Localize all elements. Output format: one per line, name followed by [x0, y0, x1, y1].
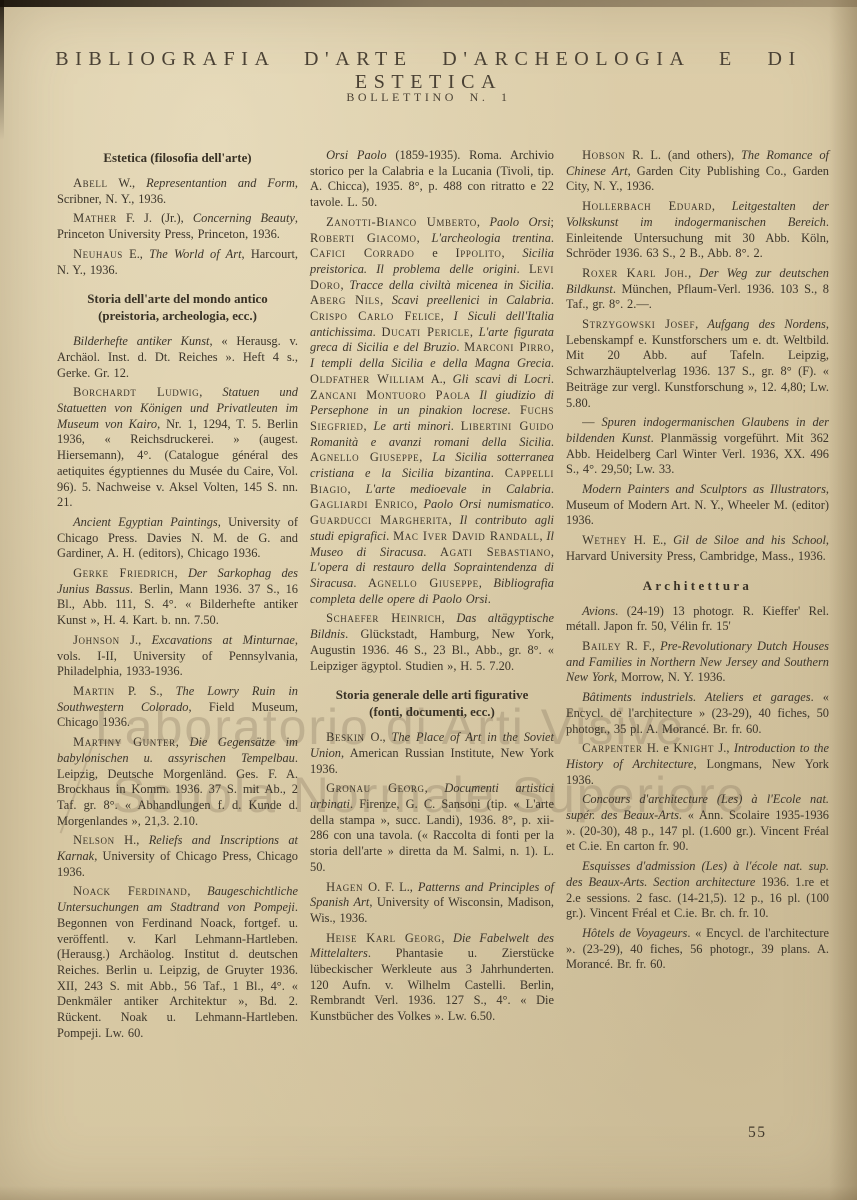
bib-entry: Beskin O., The Place of Art in the Sovie… [310, 730, 554, 777]
bib-entry: Hobson R. L. (and others), The Romance o… [566, 148, 829, 195]
bib-entry: Zanotti-Bianco Umberto, Paolo Orsi; Robe… [310, 215, 554, 608]
scan-edge-bottom [0, 1186, 857, 1200]
bib-entry: Avions. (24-19) 13 photogr. R. Kieffer' … [566, 604, 829, 635]
bib-entry: Gronau Georg, Documenti artistici urbina… [310, 781, 554, 875]
bib-entry: Mather F. J. (Jr.), Concerning Beauty, P… [57, 211, 298, 242]
bib-entry: Bilderhefte antiker Kunst, « Herausg. v.… [57, 334, 298, 381]
bib-entry: Hollerbach Eduard, Leitgestalten der Vol… [566, 199, 829, 262]
bib-entry: Abell W., Representantion and Form, Scri… [57, 176, 298, 207]
bib-entry: Esquisses d'admission (Les) à l'école na… [566, 859, 829, 922]
section-heading: Architettura [566, 578, 829, 595]
bib-entry: Concours d'architecture (Les) à l'Ecole … [566, 792, 829, 855]
text-column: Hobson R. L. (and others), The Romance o… [566, 148, 829, 1045]
bib-entry: Borchardt Ludwig, Statuen und Statuetten… [57, 385, 298, 511]
bib-entry: Carpenter H. e Knight J., Introduction t… [566, 741, 829, 788]
bib-entry: Strzygowski Josef, Aufgang des Nordens, … [566, 317, 829, 411]
scanned-bibliography-page: Laboratorio di Arti Visive Scuola Normal… [0, 0, 857, 1200]
bib-entry: Bailey R. F., Pre-Revolutionary Dutch Ho… [566, 639, 829, 686]
text-column: Orsi Paolo (1859-1935). Roma. Archivio s… [310, 148, 554, 1045]
bib-entry: Martin P. S., The Lowry Ruin in Southwes… [57, 684, 298, 731]
bib-entry: Heise Karl Georg, Die Fabelwelt des Mitt… [310, 931, 554, 1025]
bulletin-subtitle: BOLLETTINO N. 1 [0, 90, 857, 105]
scan-edge-right [829, 0, 857, 1200]
bib-entry: Neuhaus E., The World of Art, Harcourt, … [57, 247, 298, 278]
bib-entry: Ancient Egyptian Paintings, University o… [57, 515, 298, 562]
bib-entry: Modern Painters and Sculptors as Illustr… [566, 482, 829, 529]
text-column: Estetica (filosofia dell'arte)Abell W., … [57, 148, 298, 1045]
bib-entry: Nelson H., Reliefs and Inscriptions at K… [57, 833, 298, 880]
page-title: BIBLIOGRAFIA D'ARTE D'ARCHEOLOGIA E DI E… [0, 48, 857, 94]
bib-entry: Johnson J., Excavations at Minturnae, vo… [57, 633, 298, 680]
bib-entry: Roxer Karl Joh., Der Weg zur deutschen B… [566, 266, 829, 313]
bib-entry: Martiny Gunter, Die Gegensätze im babylo… [57, 735, 298, 829]
columns: Estetica (filosofia dell'arte)Abell W., … [57, 148, 829, 1045]
bib-entry: — Spuren indogermanischen Glaubens in de… [566, 415, 829, 478]
bib-entry: Hôtels de Voyageurs. « Encycl. de l'arch… [566, 926, 829, 973]
bib-entry: Bâtiments industriels. Ateliers et garag… [566, 690, 829, 737]
section-heading: Storia generale delle arti figurative(fo… [310, 687, 554, 721]
scan-edge-top [0, 0, 857, 7]
page-number: 55 [748, 1124, 767, 1142]
bib-entry: Schaefer Heinrich, Das altägyptische Bil… [310, 611, 554, 674]
bib-entry: Wethey H. E., Gil de Siloe and his Schoo… [566, 533, 829, 564]
bib-entry: Orsi Paolo (1859-1935). Roma. Archivio s… [310, 148, 554, 211]
bib-entry: Gerke Friedrich, Der Sarkophag des Juniu… [57, 566, 298, 629]
bib-entry: Noack Ferdinand, Baugeschichtliche Unter… [57, 884, 298, 1041]
bib-entry: Hagen O. F. L., Patterns and Principles … [310, 880, 554, 927]
section-heading: Storia dell'arte del mondo antico(preist… [57, 291, 298, 325]
section-heading: Estetica (filosofia dell'arte) [57, 150, 298, 167]
